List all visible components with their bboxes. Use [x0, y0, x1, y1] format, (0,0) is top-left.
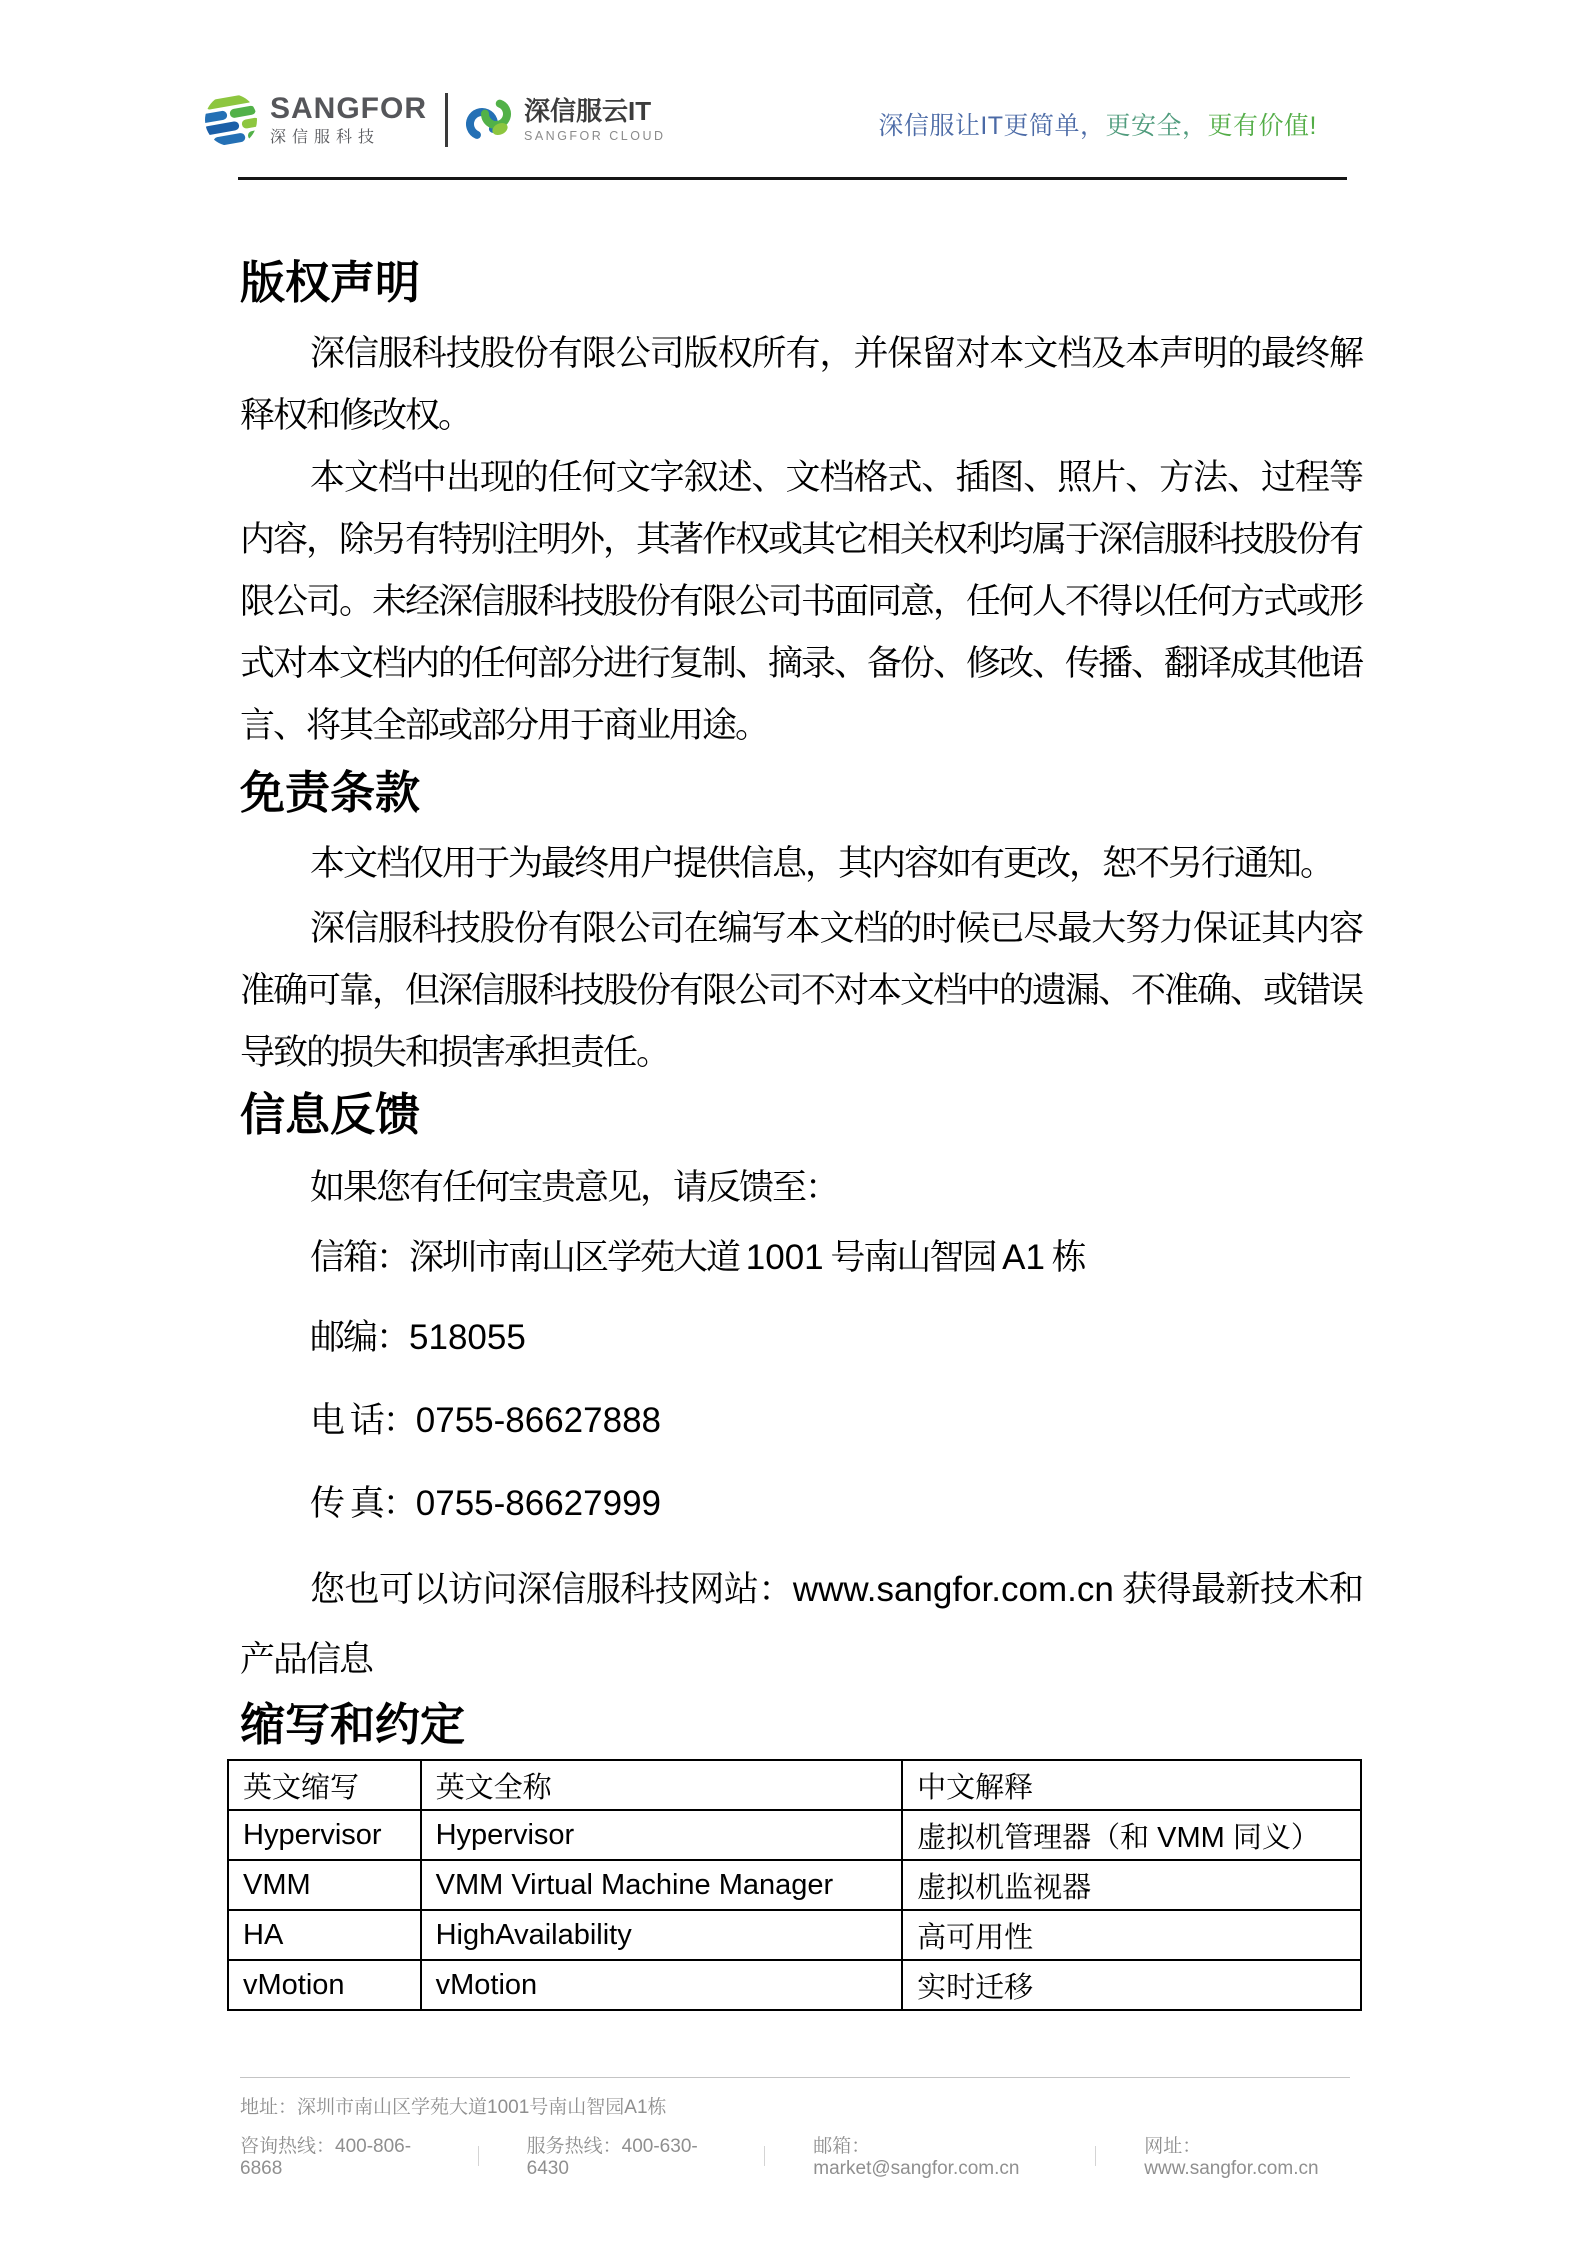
page-footer: 地址：深圳市南山区学苑大道1001号南山智园A1栋 咨询热线：400-806-6… — [240, 2077, 1350, 2180]
brand-name: SANGFOR — [270, 94, 427, 124]
table-cell: vMotion — [421, 1960, 903, 2010]
table-row: Hypervisor Hypervisor 虚拟机管理器（和 VMM 同义） — [228, 1810, 1361, 1860]
feedback-intro: 如果您有任何宝贵意见，请反馈至： — [240, 1157, 1362, 1219]
brand-name-cn: 深信服科技 — [270, 130, 427, 146]
table-header-cell: 英文缩写 — [228, 1760, 421, 1810]
fax-label: 传 真： — [310, 1484, 416, 1523]
mail-address-post: 栋 — [1045, 1238, 1085, 1277]
phone-value: 0755-86627888 — [416, 1401, 661, 1440]
table-cell: HA — [228, 1910, 421, 1960]
section-title-disclaimer: 免责条款 — [240, 768, 1362, 818]
section-title-copyright: 版权声明 — [240, 258, 1362, 308]
disclaimer-paragraph-2: 深信服科技股份有限公司在编写本文档的时候已尽最大努力保证其内容准确可靠，但深信服… — [240, 898, 1362, 1084]
copyright-paragraph-1: 深信服科技股份有限公司版权所有，并保留对本文档及本声明的最终解释权和修改权。 — [240, 323, 1362, 447]
footer-divider — [478, 2146, 479, 2166]
tagline-part-2: 更安全， — [1106, 112, 1208, 140]
web-value: www.sangfor.com.cn — [1144, 2158, 1318, 2179]
table-row: HA HighAvailability 高可用性 — [228, 1910, 1361, 1960]
zip-value: 518055 — [409, 1318, 526, 1357]
phone-label: 电 话： — [310, 1401, 416, 1440]
document-page: SANGFOR 深信服科技 深信服云IT SANGFOR CLOUD 深信服让I… — [0, 0, 1587, 2245]
header-logo-group: SANGFOR 深信服科技 深信服云IT SANGFOR CLOUD — [204, 90, 666, 150]
disclaimer-paragraph-1: 本文档仅用于为最终用户提供信息，其内容如有更改，恕不另行通知。 — [240, 833, 1362, 895]
footer-email: 邮箱：market@sangfor.com.cn — [813, 2131, 1047, 2180]
table-header-row: 英文缩写 英文全称 中文解释 — [228, 1760, 1361, 1810]
service-label: 服务热线： — [527, 2136, 622, 2157]
cloud-brand-sub: SANGFOR CLOUD — [524, 130, 666, 143]
logo-divider — [445, 93, 448, 147]
table-cell: 虚拟机管理器（和 VMM 同义） — [902, 1810, 1361, 1860]
section-title-feedback: 信息反馈 — [240, 1090, 1362, 1140]
table-cell: 高可用性 — [902, 1910, 1361, 1960]
sangfor-cloud-icon — [466, 97, 514, 143]
mail-address-mid: 号南山智园 — [824, 1238, 1003, 1277]
table-cell: Hypervisor — [421, 1810, 903, 1860]
copyright-paragraph-2: 本文档中出现的任何文字叙述、文档格式、插图、照片、方法、过程等内容，除另有特别注… — [240, 447, 1362, 757]
website-url: www.sangfor.com.cn — [793, 1570, 1114, 1609]
zip-label: 邮编： — [310, 1318, 409, 1357]
mail-address-pre: 深圳市南山区学苑大道 — [409, 1238, 746, 1277]
sangfor-globe-icon — [204, 93, 258, 147]
table-cell: VMM — [228, 1860, 421, 1910]
cloud-brand-text: 深信服云IT SANGFOR CLOUD — [524, 98, 666, 143]
mail-address-number: 1001 — [746, 1238, 824, 1277]
table-header-cell: 中文解释 — [902, 1760, 1361, 1810]
header-tagline: 深信服让IT更简单，更安全，更有价值! — [878, 106, 1317, 142]
table-cell: vMotion — [228, 1960, 421, 2010]
website-pre: 您也可以访问深信服科技网站： — [310, 1570, 793, 1609]
cloud-brand-name: 深信服云IT — [524, 98, 666, 124]
table-header-cell: 英文全称 — [421, 1760, 903, 1810]
mail-address-building: A1 — [1002, 1238, 1045, 1277]
footer-website: 网址：www.sangfor.com.cn — [1144, 2131, 1350, 2180]
web-label: 网址： — [1144, 2136, 1201, 2157]
sangfor-brand-text: SANGFOR 深信服科技 — [270, 94, 427, 146]
document-content: 版权声明 深信服科技股份有限公司版权所有，并保留对本文档及本声明的最终解释权和修… — [240, 180, 1362, 2011]
table-row: VMM VMM Virtual Machine Manager 虚拟机监视器 — [228, 1860, 1361, 1910]
footer-contact-line: 咨询热线：400-806-6868 服务热线：400-630-6430 邮箱：m… — [240, 2131, 1350, 2180]
feedback-fax-line: 传 真：0755-86627999 — [240, 1473, 1362, 1535]
mail-label: 信箱： — [310, 1238, 409, 1277]
footer-service-hotline: 服务热线：400-630-6430 — [527, 2131, 717, 2180]
abbreviation-table: 英文缩写 英文全称 中文解释 Hypervisor Hypervisor 虚拟机… — [227, 1759, 1362, 2011]
email-value: market@sangfor.com.cn — [813, 2158, 1019, 2179]
fax-value: 0755-86627999 — [416, 1484, 661, 1523]
feedback-phone-line: 电 话：0755-86627888 — [240, 1390, 1362, 1452]
feedback-mail-line: 信箱：深圳市南山区学苑大道 1001 号南山智园 A1 栋 — [240, 1227, 1362, 1289]
email-label: 邮箱： — [813, 2136, 870, 2157]
feedback-website-line: 您也可以访问深信服科技网站：www.sangfor.com.cn 获得最新技术和… — [240, 1555, 1362, 1695]
footer-address: 地址：深圳市南山区学苑大道1001号南山智园A1栋 — [240, 2092, 1350, 2119]
table-cell: HighAvailability — [421, 1910, 903, 1960]
section-title-abbreviations: 缩写和约定 — [240, 1700, 1362, 1750]
table-cell: 实时迁移 — [902, 1960, 1361, 2010]
tagline-part-1: 深信服让IT更简单， — [878, 112, 1105, 140]
footer-consult-hotline: 咨询热线：400-806-6868 — [240, 2131, 430, 2180]
consult-label: 咨询热线： — [240, 2136, 335, 2157]
table-row: vMotion vMotion 实时迁移 — [228, 1960, 1361, 2010]
table-cell: Hypervisor — [228, 1810, 421, 1860]
footer-divider — [1095, 2146, 1096, 2166]
tagline-part-3: 更有价值! — [1208, 112, 1317, 140]
feedback-zip-line: 邮编：518055 — [240, 1307, 1362, 1369]
footer-rule — [240, 2077, 1350, 2078]
table-cell: 虚拟机监视器 — [902, 1860, 1361, 1910]
footer-divider — [764, 2146, 765, 2166]
table-cell: VMM Virtual Machine Manager — [421, 1860, 903, 1910]
